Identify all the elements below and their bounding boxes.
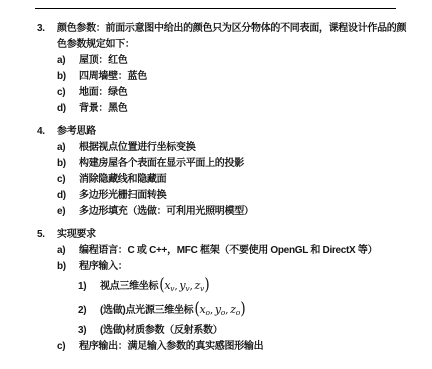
formula-separator: , [175,281,178,292]
item-text: 根据视点位置进行坐标变换 [79,140,195,156]
item-text: 多边形填充（选做：可利用光照明模型） [79,204,254,220]
formula-separator: , [225,305,228,316]
item-text: 构建房屋各个表面在显示平面上的投影 [79,156,244,172]
item-text: 消除隐藏线和隐藏面 [79,172,166,188]
formula-separator: , [210,305,213,316]
section-5-heading: 5. 实现要求 [37,227,417,243]
item-text: 地面：绿色 [79,85,128,101]
viewpoint-coords-formula: (xv,yv,zv) [159,277,209,297]
item-text: 程序输入： [79,259,128,275]
item-label: d) [57,101,79,117]
item-label: a) [57,53,79,69]
list-item: a) 根据视点位置进行坐标变换 [57,140,417,156]
list-item: c) 消除隐藏线和隐藏面 [57,172,417,188]
item-label: 2) [78,303,100,319]
formula-open-paren: ( [194,299,199,318]
list-item: d) 多边形光栅扫面转换 [57,188,417,204]
item-text: 编程语言：C 或 C++，MFC 框架（不要使用 OpenGL 和 Direct… [79,243,377,259]
item-text: 多边形光栅扫面转换 [79,188,166,204]
item-label: a) [57,140,79,156]
section-5-number: 5. [37,227,57,243]
section-4-number: 4. [37,124,57,140]
list-item: d) 背景：黑色 [57,101,417,117]
item-label: c) [57,85,79,101]
item-label: 1) [78,279,100,295]
list-item: a) 屋顶：红色 [57,53,417,69]
item-text: (选做)点光源三维坐标 [100,303,193,319]
item-label: a) [57,243,79,259]
item-text: 四周墙壁：蓝色 [79,69,147,85]
page-top-border [35,8,396,9]
list-item: b) 四周墙壁：蓝色 [57,69,417,85]
item-text: 背景：黑色 [79,101,128,117]
formula-separator: , [190,281,193,292]
item-label: c) [57,339,79,355]
formula-open-paren: ( [159,275,164,294]
formula-sub-x: v [170,284,174,293]
section-5-title: 实现要求 [57,227,96,243]
item-text: 视点三维坐标 [100,279,158,295]
formula-close-paren: ) [204,275,209,294]
list-item: a) 编程语言：C 或 C++，MFC 框架（不要使用 OpenGL 和 Dir… [57,243,417,259]
item-label: b) [57,259,79,275]
formula-close-paren: ) [240,299,245,318]
item-label: c) [57,172,79,188]
list-item: b) 程序输入： [57,259,417,275]
section-3-text-line1: 颜色参数：前面示意图中给出的颜色只为区分物体的不同表面，课程设计作品的颜 [57,21,406,37]
program-input-1: 1) 视点三维坐标 (xv,yv,zv) [78,275,417,299]
list-item: b) 构建房屋各个表面在显示平面上的投影 [57,156,417,172]
item-text: (选做)材质参数（反射系数） [100,323,222,339]
item-label: b) [57,69,79,85]
item-label: b) [57,156,79,172]
item-label: d) [57,188,79,204]
section-4-heading: 4. 参考思路 [37,124,417,140]
item-label: e) [57,204,79,220]
formula-sub-y: v [185,284,189,293]
item-label: 3) [78,323,100,339]
light-source-coords-formula: (xo,yo,zo) [194,301,245,321]
section-3-heading: 3. 颜色参数：前面示意图中给出的颜色只为区分物体的不同表面，课程设计作品的颜 [37,21,417,37]
program-input-3: 3) (选做)材质参数（反射系数） [78,323,417,339]
list-item: c) 地面：绿色 [57,85,417,101]
list-item: e) 多边形填充（选做：可利用光照明模型） [57,204,417,220]
program-input-2: 2) (选做)点光源三维坐标 (xo,yo,zo) [78,299,417,323]
section-3-number: 3. [37,21,57,37]
list-item: c) 程序输出：满足输入参数的真实感图形输出 [57,339,417,355]
item-text: 屋顶：红色 [79,53,128,69]
document-content: 3. 颜色参数：前面示意图中给出的颜色只为区分物体的不同表面，课程设计作品的颜 … [37,21,417,355]
section-3-text-line2: 色参数规定如下： [57,37,417,53]
section-4-title: 参考思路 [57,124,96,140]
document-page: 3. 颜色参数：前面示意图中给出的颜色只为区分物体的不同表面，课程设计作品的颜 … [0,0,432,369]
item-text: 程序输出：满足输入参数的真实感图形输出 [79,339,263,355]
